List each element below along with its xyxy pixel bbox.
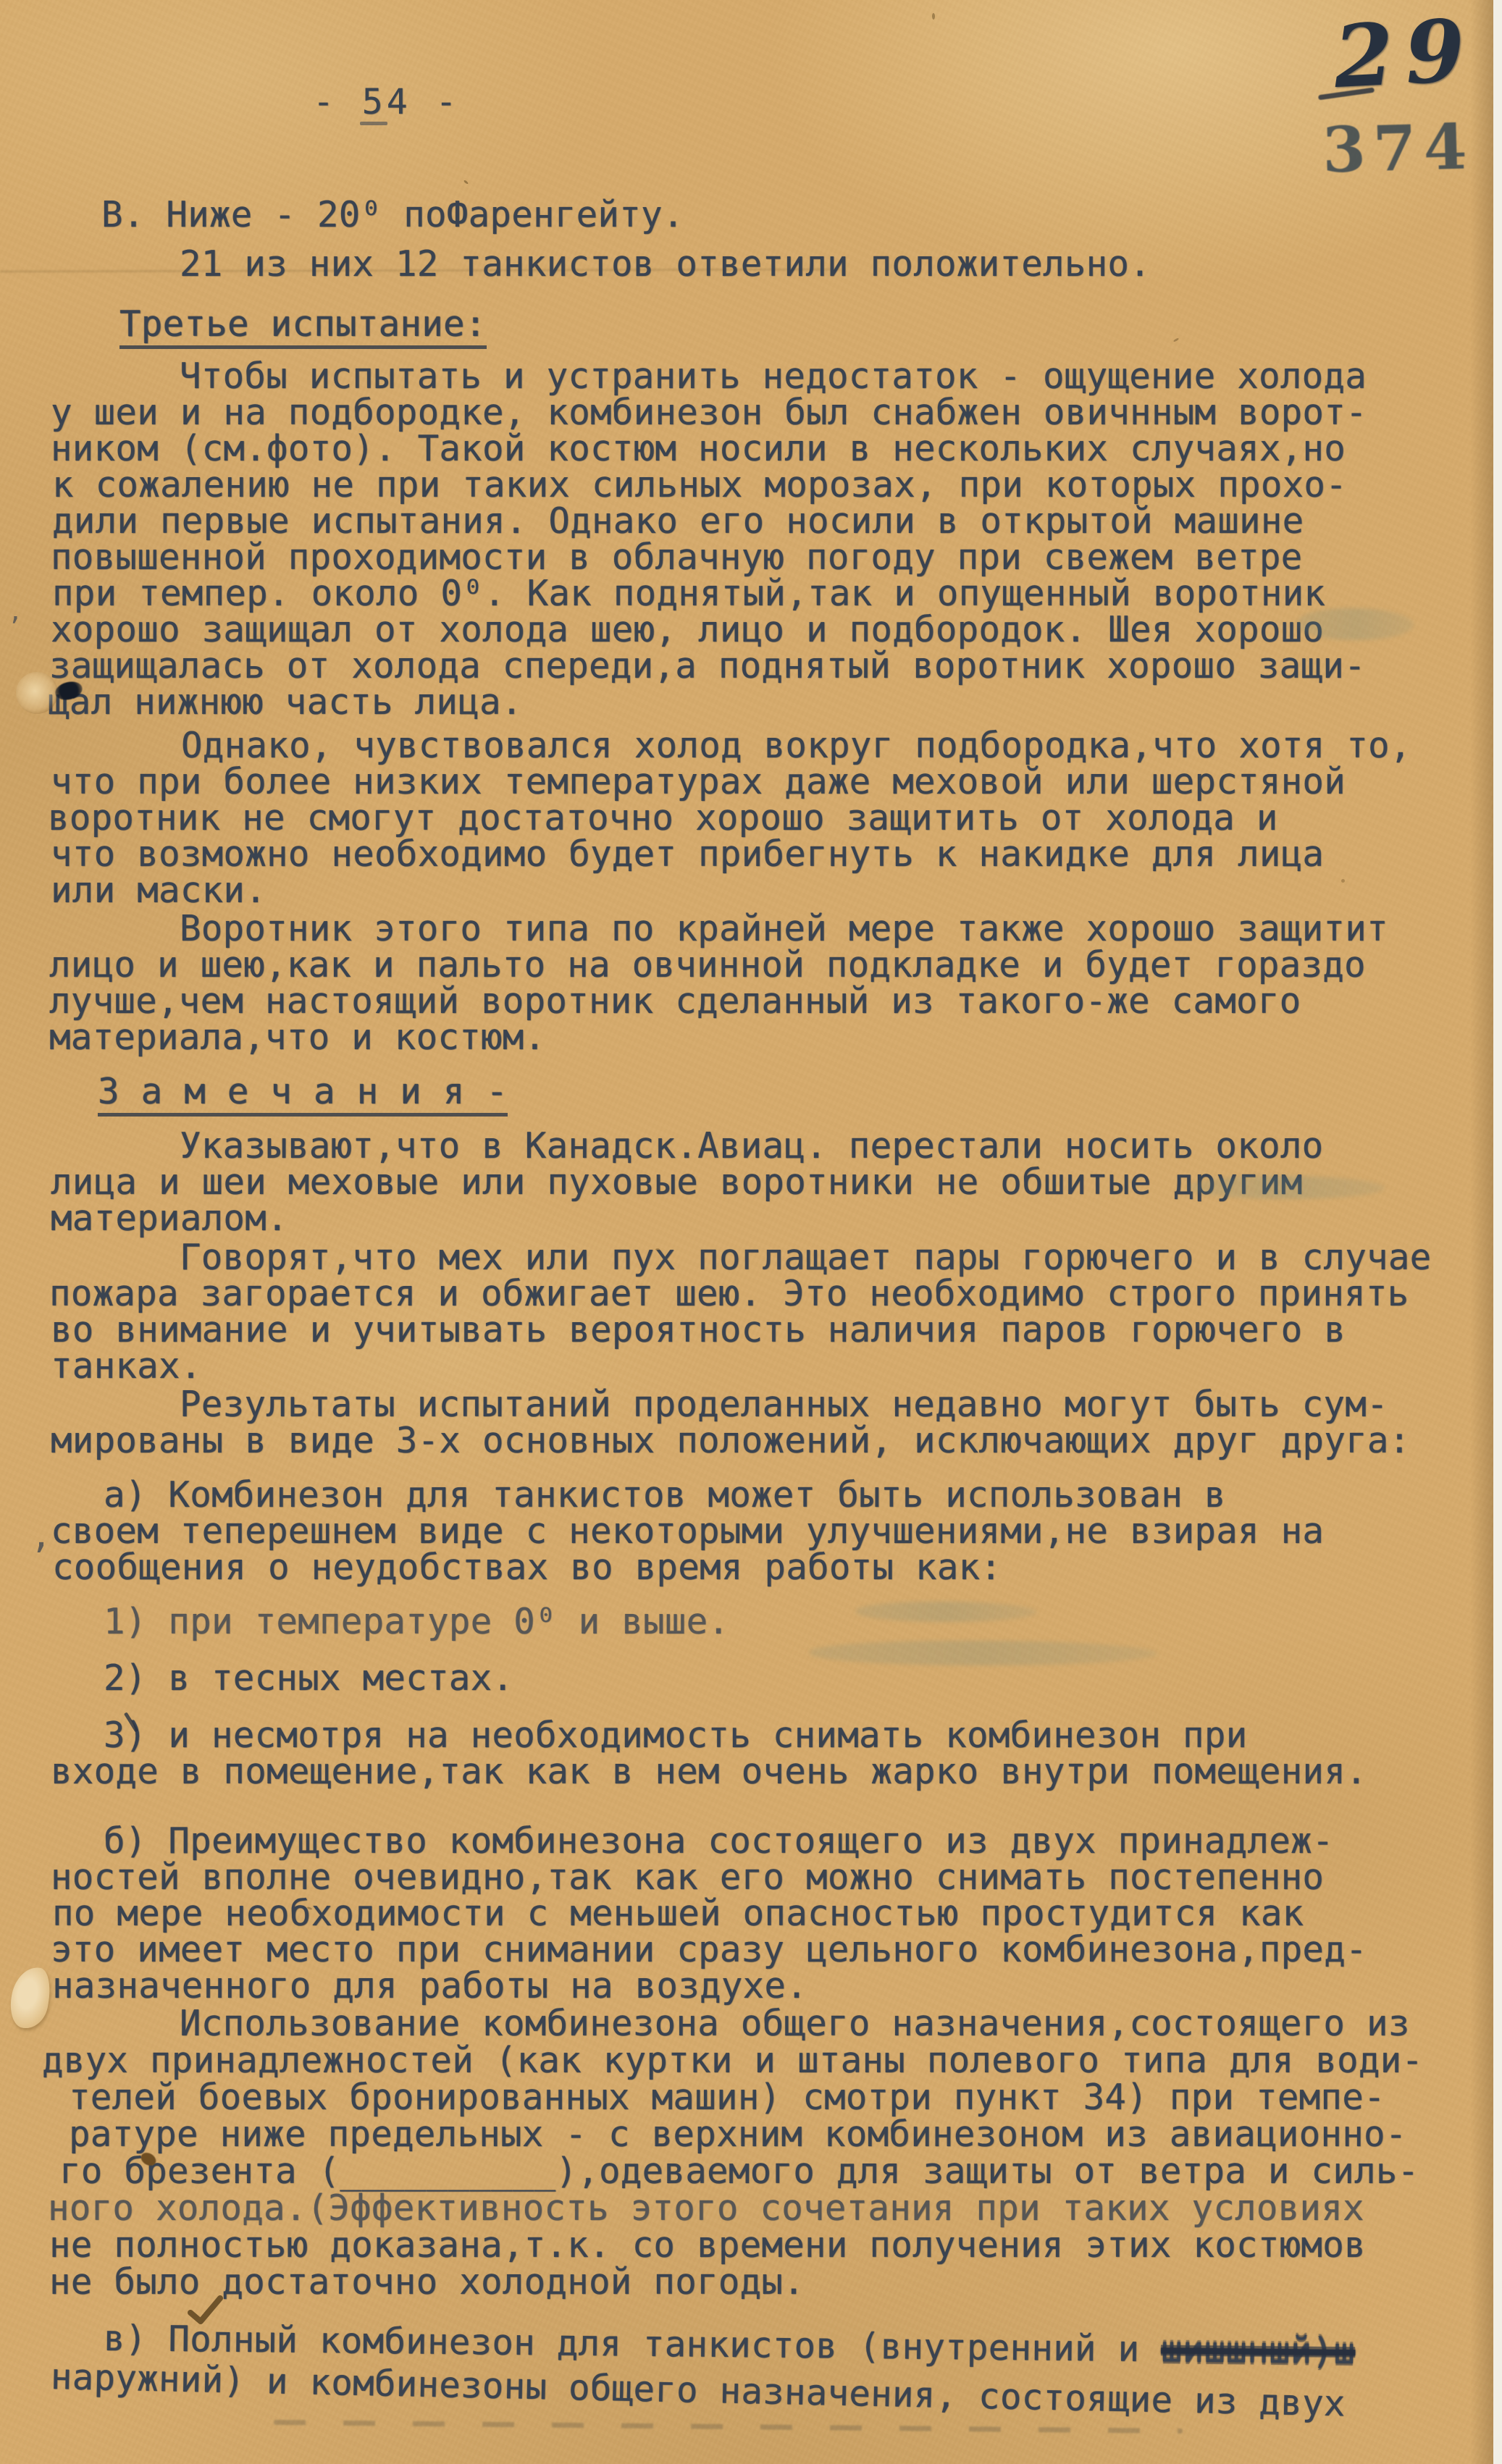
typed-line: В. Ниже - 20⁰ поФаренгейту.	[101, 197, 684, 233]
typed-line: по мере необходимости с меньшей опасност…	[52, 1896, 1304, 1932]
scan-edge-strip	[1493, 0, 1502, 2464]
typed-line: лицо и шею,как и пальто на овчинной подк…	[49, 947, 1366, 983]
typed-line: воротник не смогут достаточно хорошо защ…	[48, 800, 1278, 836]
typed-line: назначенного для работы на воздухе.	[52, 1968, 807, 2004]
typed-line: ного холода.(Эффективность этого сочетан…	[48, 2190, 1364, 2227]
ink-bleed-smudge	[810, 1641, 1157, 1665]
typed-line: хорошо защищал от холода шею, лицо и под…	[51, 612, 1324, 648]
typed-line: не было достаточно холодной погоды.	[49, 2264, 805, 2300]
margin-apostrophe-mark: ’	[7, 613, 22, 642]
typed-line: Однако, чувствовался холод вокруг подбор…	[181, 728, 1411, 764]
typed-line: материала,что и костюм.	[49, 1019, 545, 1056]
typed-heading-line: Третье испытание:	[119, 306, 487, 349]
scan-edge-shadow	[1470, 0, 1493, 2464]
typed-line: своем теперешнем виде с некоторыми улучш…	[51, 1513, 1324, 1550]
struck-out-word: шишшншй)ш	[1161, 2329, 1356, 2372]
typed-line: пожара загорается и обжигает шею. Это не…	[49, 1276, 1409, 1312]
typed-line: ником (см.фото). Такой костюм носили в н…	[51, 431, 1346, 467]
margin-comma-mark: ,	[30, 1515, 52, 1556]
typed-line: го брезента (__________),одеваемого для …	[59, 2153, 1419, 2190]
paper-fiber-speck	[1341, 879, 1345, 883]
ink-bleed-smudge	[1189, 1176, 1385, 1199]
ink-bleed-smudge	[1298, 608, 1414, 640]
pencil-check-mark	[187, 2294, 225, 2327]
typed-line: 3) и несмотря на необходимость снимать к…	[104, 1717, 1247, 1754]
typed-line: лица и шеи меховые или пуховые воротники…	[51, 1164, 1302, 1201]
typed-line: Указывают,что в Канадск.Авиац. перестали…	[180, 1128, 1323, 1164]
typed-line: у шеи и на подбородке, комбинезон был сн…	[51, 395, 1367, 431]
typed-line: б) Преимущество комбинезона состоящего и…	[104, 1823, 1334, 1859]
typed-line: а) Комбинезон для танкистов может быть и…	[104, 1477, 1226, 1513]
typed-line: двух принадлежностей (как куртки и штаны…	[42, 2043, 1423, 2079]
typed-line: 1) при температуре 0⁰ и выше.	[104, 1604, 729, 1640]
typed-heading-line: З а м е ч а н и я -	[98, 1074, 508, 1117]
paper-fiber-speck	[1173, 337, 1179, 342]
typed-line: что возможно необходимо будет прибегнуть…	[51, 836, 1324, 873]
ink-bleed-smudge	[856, 1602, 1037, 1622]
typed-line: Использование комбинезона общего назначе…	[180, 2006, 1410, 2042]
typed-line: дили первые испытания. Однако его носили…	[52, 503, 1304, 539]
hole-punch-halo	[16, 672, 58, 714]
paper-fiber-speck	[932, 13, 935, 20]
typed-line: телей боевых бронированных машин) смотри…	[69, 2080, 1385, 2116]
typed-line: Результаты испытаний проделанных недавно…	[180, 1387, 1388, 1423]
page-number-underdash-mark	[360, 122, 387, 125]
typed-line: Говорят,что мех или пух поглащает пары г…	[180, 1240, 1431, 1276]
typed-line: лучше,чем настоящий воротник сделанный и…	[49, 983, 1301, 1019]
typed-page-number: - 54 -	[313, 84, 460, 120]
typed-line: Воротник этого типа по крайней мере такж…	[180, 911, 1388, 947]
typed-line: к сожалению не при таких сильных морозах…	[52, 467, 1347, 503]
typed-line: ностей вполне очевидно,так как его можно…	[51, 1859, 1324, 1896]
typed-line: Чтобы испытать и устранить недостаток - …	[180, 358, 1367, 395]
typed-line: что при более низких температурах даже м…	[51, 764, 1346, 800]
typed-line: ратуре ниже предельных - с верхним комби…	[69, 2116, 1407, 2153]
typed-line: 2) в тесных местах.	[104, 1660, 513, 1696]
typed-line: или маски.	[51, 873, 267, 909]
paper-fiber-speck	[463, 180, 469, 185]
typed-line: 21 из них 12 танкистов ответили положите…	[180, 246, 1151, 282]
handwritten-folio-number: 29	[1332, 7, 1478, 101]
paper-fiber-speck	[655, 1248, 660, 1250]
typed-line: защищалась от холода спереди,а поднятый …	[49, 648, 1366, 684]
stamped-folio-number: 374	[1322, 112, 1475, 185]
typed-line: не полностью доказана,т.к. со времени по…	[49, 2227, 1366, 2263]
typed-line: во внимание и учитывать вероятность нали…	[51, 1312, 1346, 1348]
typed-line: танках.	[51, 1348, 202, 1384]
typed-line: при темпер. около 0⁰. Как поднятый,так и…	[52, 576, 1325, 612]
typed-line: входе в помещение,так как в нем очень жа…	[51, 1754, 1367, 1790]
pencil-dash-line	[274, 2420, 1183, 2434]
typed-line: щал нижнюю часть лица.	[48, 684, 523, 720]
typed-line: сообщения о неудобствах во время работы …	[52, 1550, 1002, 1586]
typed-line: это имеет место при снимании сразу цельн…	[51, 1932, 1367, 1968]
typed-line: повышенной проходимости в облачную погод…	[51, 539, 1302, 576]
paper-tear	[6, 1964, 56, 2032]
typed-line: мированы в виде 3-х основных положений, …	[51, 1423, 1410, 1459]
document-page: - 54 - 29 374 В. Ниже - 20⁰ поФаренгейту…	[0, 0, 1502, 2464]
typed-line: материалом.	[51, 1201, 288, 1237]
